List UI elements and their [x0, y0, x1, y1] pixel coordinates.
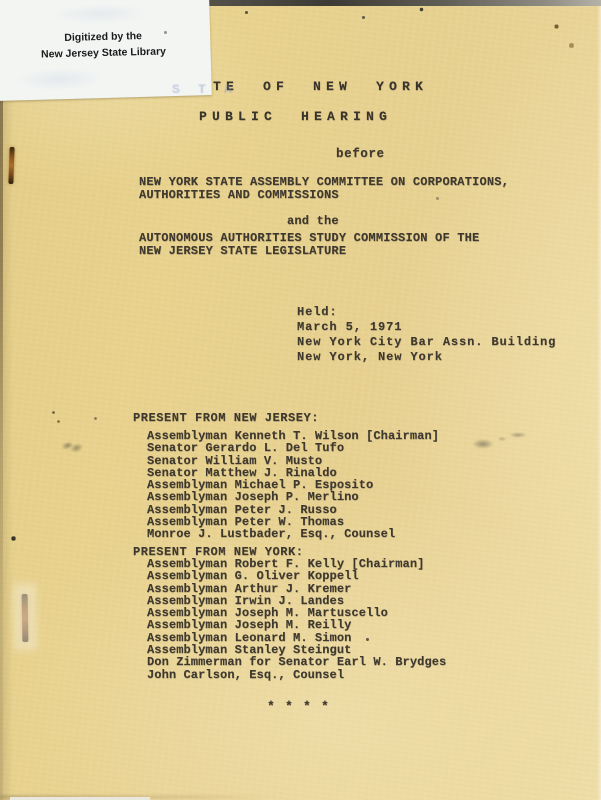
attendee-name: John Carlson, Esq., Counsel: [147, 669, 446, 681]
held-date: March 5, 1971: [297, 320, 402, 335]
attendee-name: Assemblyman G. Oliver Koppell: [147, 570, 446, 582]
sticker-text: Digitized by the New Jersey State Librar…: [0, 0, 211, 64]
nj-attendees-heading: PRESENT FROM NEW JERSEY:: [133, 411, 319, 425]
ny-attendees-list: Assemblyman Robert F. Kelly [Chairman]As…: [147, 558, 446, 681]
footer-separator-stars: * * * *: [267, 699, 329, 714]
scanned-document-page: Digitized by the New Jersey State Librar…: [0, 0, 601, 800]
and-the-label: and the: [287, 214, 339, 228]
attendee-name: Assemblyman Joseph P. Merlino: [147, 491, 439, 503]
pencil-smudge-right: [466, 428, 532, 454]
attendee-name: Don Zimmerman for Senator Earl W. Brydge…: [147, 656, 446, 668]
staple-rust-mark-bottom: [22, 594, 29, 642]
held-location: New York City Bar Assn. Building: [297, 335, 556, 350]
attendee-name: Monroe J. Lustbader, Esq., Counsel: [147, 528, 439, 540]
title-hearing-line: PUBLIC HEARING: [199, 109, 392, 124]
right-page-edge: [597, 0, 601, 800]
held-city: New York, New York: [297, 350, 443, 365]
dust-specks: [0, 0, 1, 1]
commission-name-line2: NEW JERSEY STATE LEGISLATURE: [139, 245, 346, 258]
nj-attendees-list: Assemblyman Kenneth T. Wilson [Chairman]…: [147, 430, 439, 541]
before-label: before: [336, 147, 385, 161]
title-state-line: TE OF NEW YORK: [213, 79, 428, 94]
held-label: Held:: [297, 305, 338, 320]
attendee-name: Assemblyman Joseph M. Reilly: [147, 619, 446, 631]
attendee-name: Senator Gerardo L. Del Tufo: [147, 442, 439, 454]
staple-rust-mark-top: [8, 147, 14, 184]
committee-name-line2: AUTHORITIES AND COMMISSIONS: [139, 189, 339, 202]
show-through-text: S T A: [172, 82, 237, 97]
pencil-smudge-left: [58, 433, 89, 459]
left-binding-edge: [0, 5, 3, 800]
